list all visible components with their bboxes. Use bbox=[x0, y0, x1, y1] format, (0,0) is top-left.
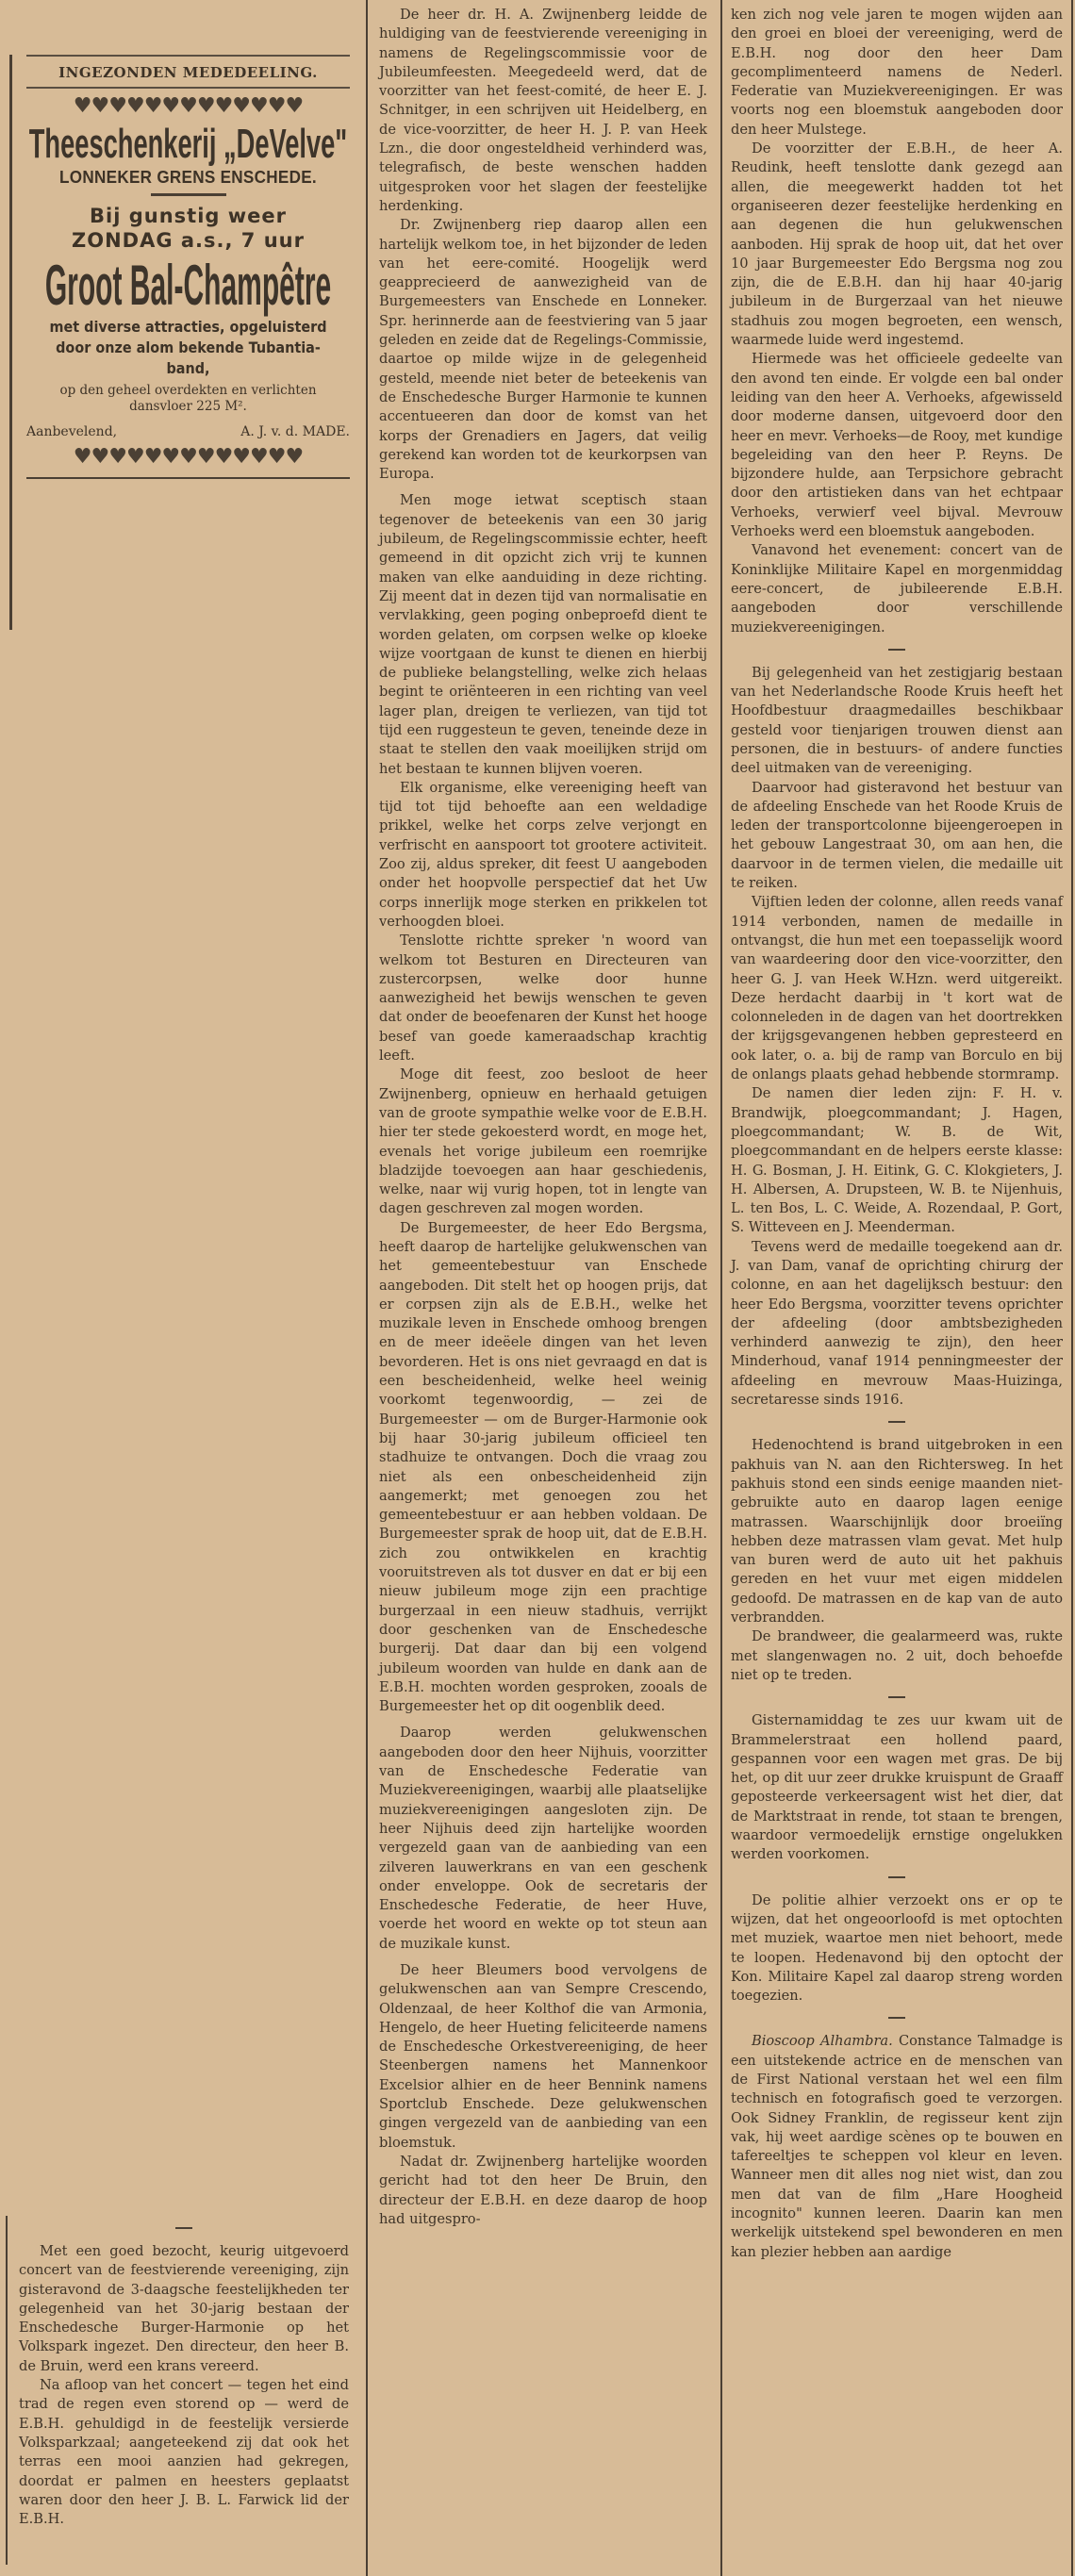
separator bbox=[731, 1413, 1063, 1430]
ad-condition: Bij gunstig weer bbox=[26, 204, 350, 228]
cinema-text: Constance Talmadge is een uitstekende ac… bbox=[731, 2033, 1063, 2259]
right-column-text: ken zich nog vele jaren te mogen wijden … bbox=[731, 6, 1063, 2262]
left-column: INGEZONDEN MEDEDEELING. ♥♥♥♥♥♥♥♥♥♥♥♥♥ Th… bbox=[0, 0, 358, 2576]
ad-floor: op den geheel overdekten en verlichten d… bbox=[26, 383, 350, 415]
ad-signature: A. J. v. d. MADE. bbox=[240, 424, 350, 439]
paragraph: Moge dit feest, zoo besloot de heer Zwij… bbox=[379, 1065, 707, 1218]
paragraph: Hiermede was het officieele gedeelte van… bbox=[731, 350, 1063, 541]
paragraph: Gisternamiddag te zes uur kwam uit de Br… bbox=[731, 1711, 1063, 1864]
paragraph: Elk organisme, elke vereeniging heeft va… bbox=[379, 779, 707, 932]
paragraph-cinema: Bioscoop Alhambra. Constance Talmadge is… bbox=[731, 2032, 1063, 2262]
divider bbox=[26, 87, 350, 89]
paragraph: Nadat dr. Zwijnenberg hartelijke woorden… bbox=[379, 2153, 707, 2229]
hearts-ornament-icon: ♥♥♥♥♥♥♥♥♥♥♥♥♥ bbox=[26, 445, 350, 470]
ad-closing: Aanbevelend, bbox=[26, 424, 117, 439]
paragraph: Hedenochtend is brand uitgebroken in een… bbox=[731, 1436, 1063, 1627]
right-column: ken zich nog vele jaren te mogen wijden … bbox=[717, 0, 1075, 2576]
paragraph: De namen dier leden zijn: F. H. v. Brand… bbox=[731, 1084, 1063, 1237]
hearts-ornament-icon: ♥♥♥♥♥♥♥♥♥♥♥♥♥ bbox=[26, 94, 350, 119]
separator bbox=[731, 1689, 1063, 1706]
article-huldiging: De heer dr. H. A. Zwijnenberg leidde de … bbox=[379, 6, 707, 2229]
ad-event: Groot Bal-Champêtre bbox=[13, 255, 364, 317]
separator bbox=[19, 2220, 349, 2237]
ad-title: Theeschenkerij „DeVelve" bbox=[18, 121, 358, 168]
separator bbox=[731, 1869, 1063, 1886]
ad-features: met diverse attracties, opgeluisterd doo… bbox=[42, 317, 334, 379]
paragraph: Vanavond het evenement: concert van de K… bbox=[731, 541, 1063, 636]
paragraph: Daarop werden gelukwenschen aangeboden d… bbox=[379, 1724, 707, 1954]
column-rule bbox=[720, 0, 722, 2576]
paragraph: Tevens werd de medaille toegekend aan dr… bbox=[731, 1238, 1063, 1411]
cinema-heading: Bioscoop Alhambra. bbox=[752, 2033, 893, 2049]
column-rule bbox=[6, 2216, 8, 2565]
column-rule bbox=[366, 0, 368, 2576]
paragraph: Na afloop van het concert — tegen het ei… bbox=[19, 2376, 349, 2529]
ad-location: LONNEKER GRENS ENSCHEDE. bbox=[35, 168, 342, 188]
divider bbox=[26, 477, 350, 479]
advertisement-box: INGEZONDEN MEDEDEELING. ♥♥♥♥♥♥♥♥♥♥♥♥♥ Th… bbox=[9, 55, 354, 639]
paragraph: De Burgemeester, de heer Edo Bergsma, he… bbox=[379, 1219, 707, 1717]
paragraph: Men moge ietwat sceptisch staan tegenove… bbox=[379, 491, 707, 778]
ad-label: INGEZONDEN MEDEDEELING. bbox=[26, 57, 350, 87]
ad-border bbox=[9, 55, 12, 630]
paragraph: De politie alhier verzoekt ons er op te … bbox=[731, 1891, 1063, 2006]
ad-date: ZONDAG a.s., 7 uur bbox=[26, 228, 350, 253]
paragraph: Vijftien leden der colonne, allen reeds … bbox=[731, 893, 1063, 1084]
paragraph: De voorzitter der E.B.H., de heer A. Reu… bbox=[731, 140, 1063, 350]
paragraph: Dr. Zwijnenberg riep daarop allen een ha… bbox=[379, 216, 707, 484]
paragraph: ken zich nog vele jaren te mogen wijden … bbox=[731, 6, 1063, 140]
paragraph: Daarvoor had gisteravond het bestuur van… bbox=[731, 779, 1063, 894]
separator bbox=[731, 641, 1063, 658]
paragraph: Met een goed bezocht, keurig uitgevoerd … bbox=[19, 2242, 349, 2376]
article-concert: Met een goed bezocht, keurig uitgevoerd … bbox=[19, 2216, 349, 2529]
column-rule bbox=[1071, 0, 1073, 2576]
separator bbox=[731, 2009, 1063, 2026]
paragraph: De heer Bleumers bood vervolgens de gelu… bbox=[379, 1961, 707, 2153]
middle-column: De heer dr. H. A. Zwijnenberg leidde de … bbox=[358, 0, 717, 2576]
paragraph: Bij gelegenheid van het zestigjarig best… bbox=[731, 664, 1063, 779]
paragraph: Tenslotte richtte spreker 'n woord van w… bbox=[379, 932, 707, 1065]
paragraph: De heer dr. H. A. Zwijnenberg leidde de … bbox=[379, 6, 707, 216]
divider bbox=[151, 193, 226, 196]
paragraph: De brandweer, die gealarmeerd was, rukte… bbox=[731, 1627, 1063, 1685]
